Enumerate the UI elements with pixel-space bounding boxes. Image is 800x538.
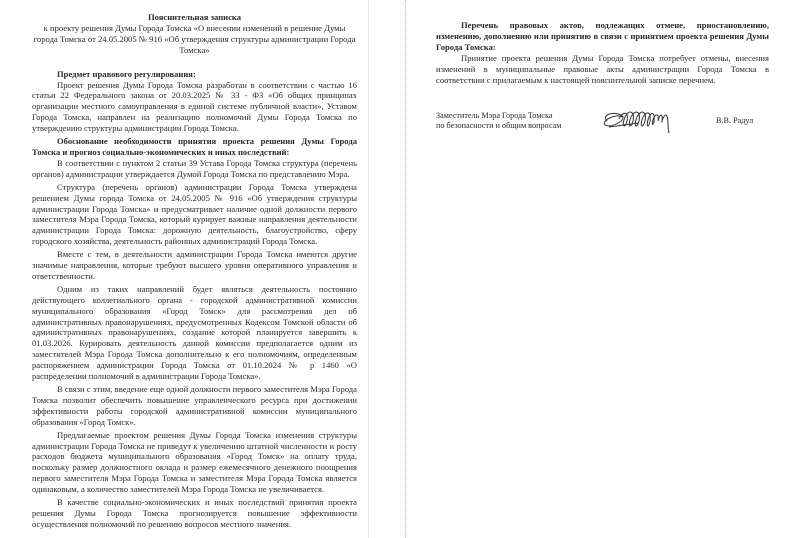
- section-heading-legal-acts: Перечень правовых актов, подлежащих отме…: [436, 20, 769, 53]
- paragraph-legal-acts: Принятие проекта решения Думы Города Том…: [436, 53, 769, 86]
- paragraph: В соответствии с пунктом 2 статьи 39 Уст…: [32, 158, 357, 180]
- paragraph: Структура (перечень органов) администрац…: [32, 182, 357, 247]
- paragraph: В связи с этим, введение еще одной должн…: [32, 384, 357, 428]
- signatory-position-line2: по безопасности и общим вопросам: [436, 121, 586, 131]
- right-page: Перечень правовых актов, подлежащих отме…: [369, 0, 800, 538]
- signatory-name: В.В. Радул: [716, 116, 753, 126]
- legal-acts-list-section: Перечень правовых актов, подлежащих отме…: [436, 10, 769, 87]
- signatory-position-line1: Заместитель Мэра Города Томска: [436, 111, 586, 121]
- paragraph: В качестве социально-экономических и ины…: [32, 497, 357, 530]
- paragraph: Предлагаемые проектом решения Думы Город…: [32, 430, 357, 495]
- signature-block: Заместитель Мэра Города Томска по безопа…: [436, 111, 776, 161]
- left-page: Пояснительная записка к проекту решения …: [0, 0, 369, 538]
- paragraph: Вместе с тем, в деятельности администрац…: [32, 249, 357, 282]
- explanatory-note: Пояснительная записка к проекту решения …: [32, 10, 357, 532]
- handwritten-signature-icon: [599, 107, 689, 137]
- section-heading-subject: Предмет правового регулирования:: [32, 69, 357, 80]
- section-heading-justification: Обоснование необходимости принятия проек…: [32, 136, 357, 158]
- paragraph-subject: Проект решения Думы Города Томска разраб…: [32, 80, 357, 135]
- document-title: Пояснительная записка: [32, 12, 357, 23]
- page-fold-line: [405, 0, 406, 538]
- document-subtitle: к проекту решения Думы Города Томска «О …: [32, 23, 357, 56]
- paragraph: Одним из таких направлений будет являтьс…: [32, 284, 357, 382]
- signatory-position: Заместитель Мэра Города Томска по безопа…: [436, 111, 586, 131]
